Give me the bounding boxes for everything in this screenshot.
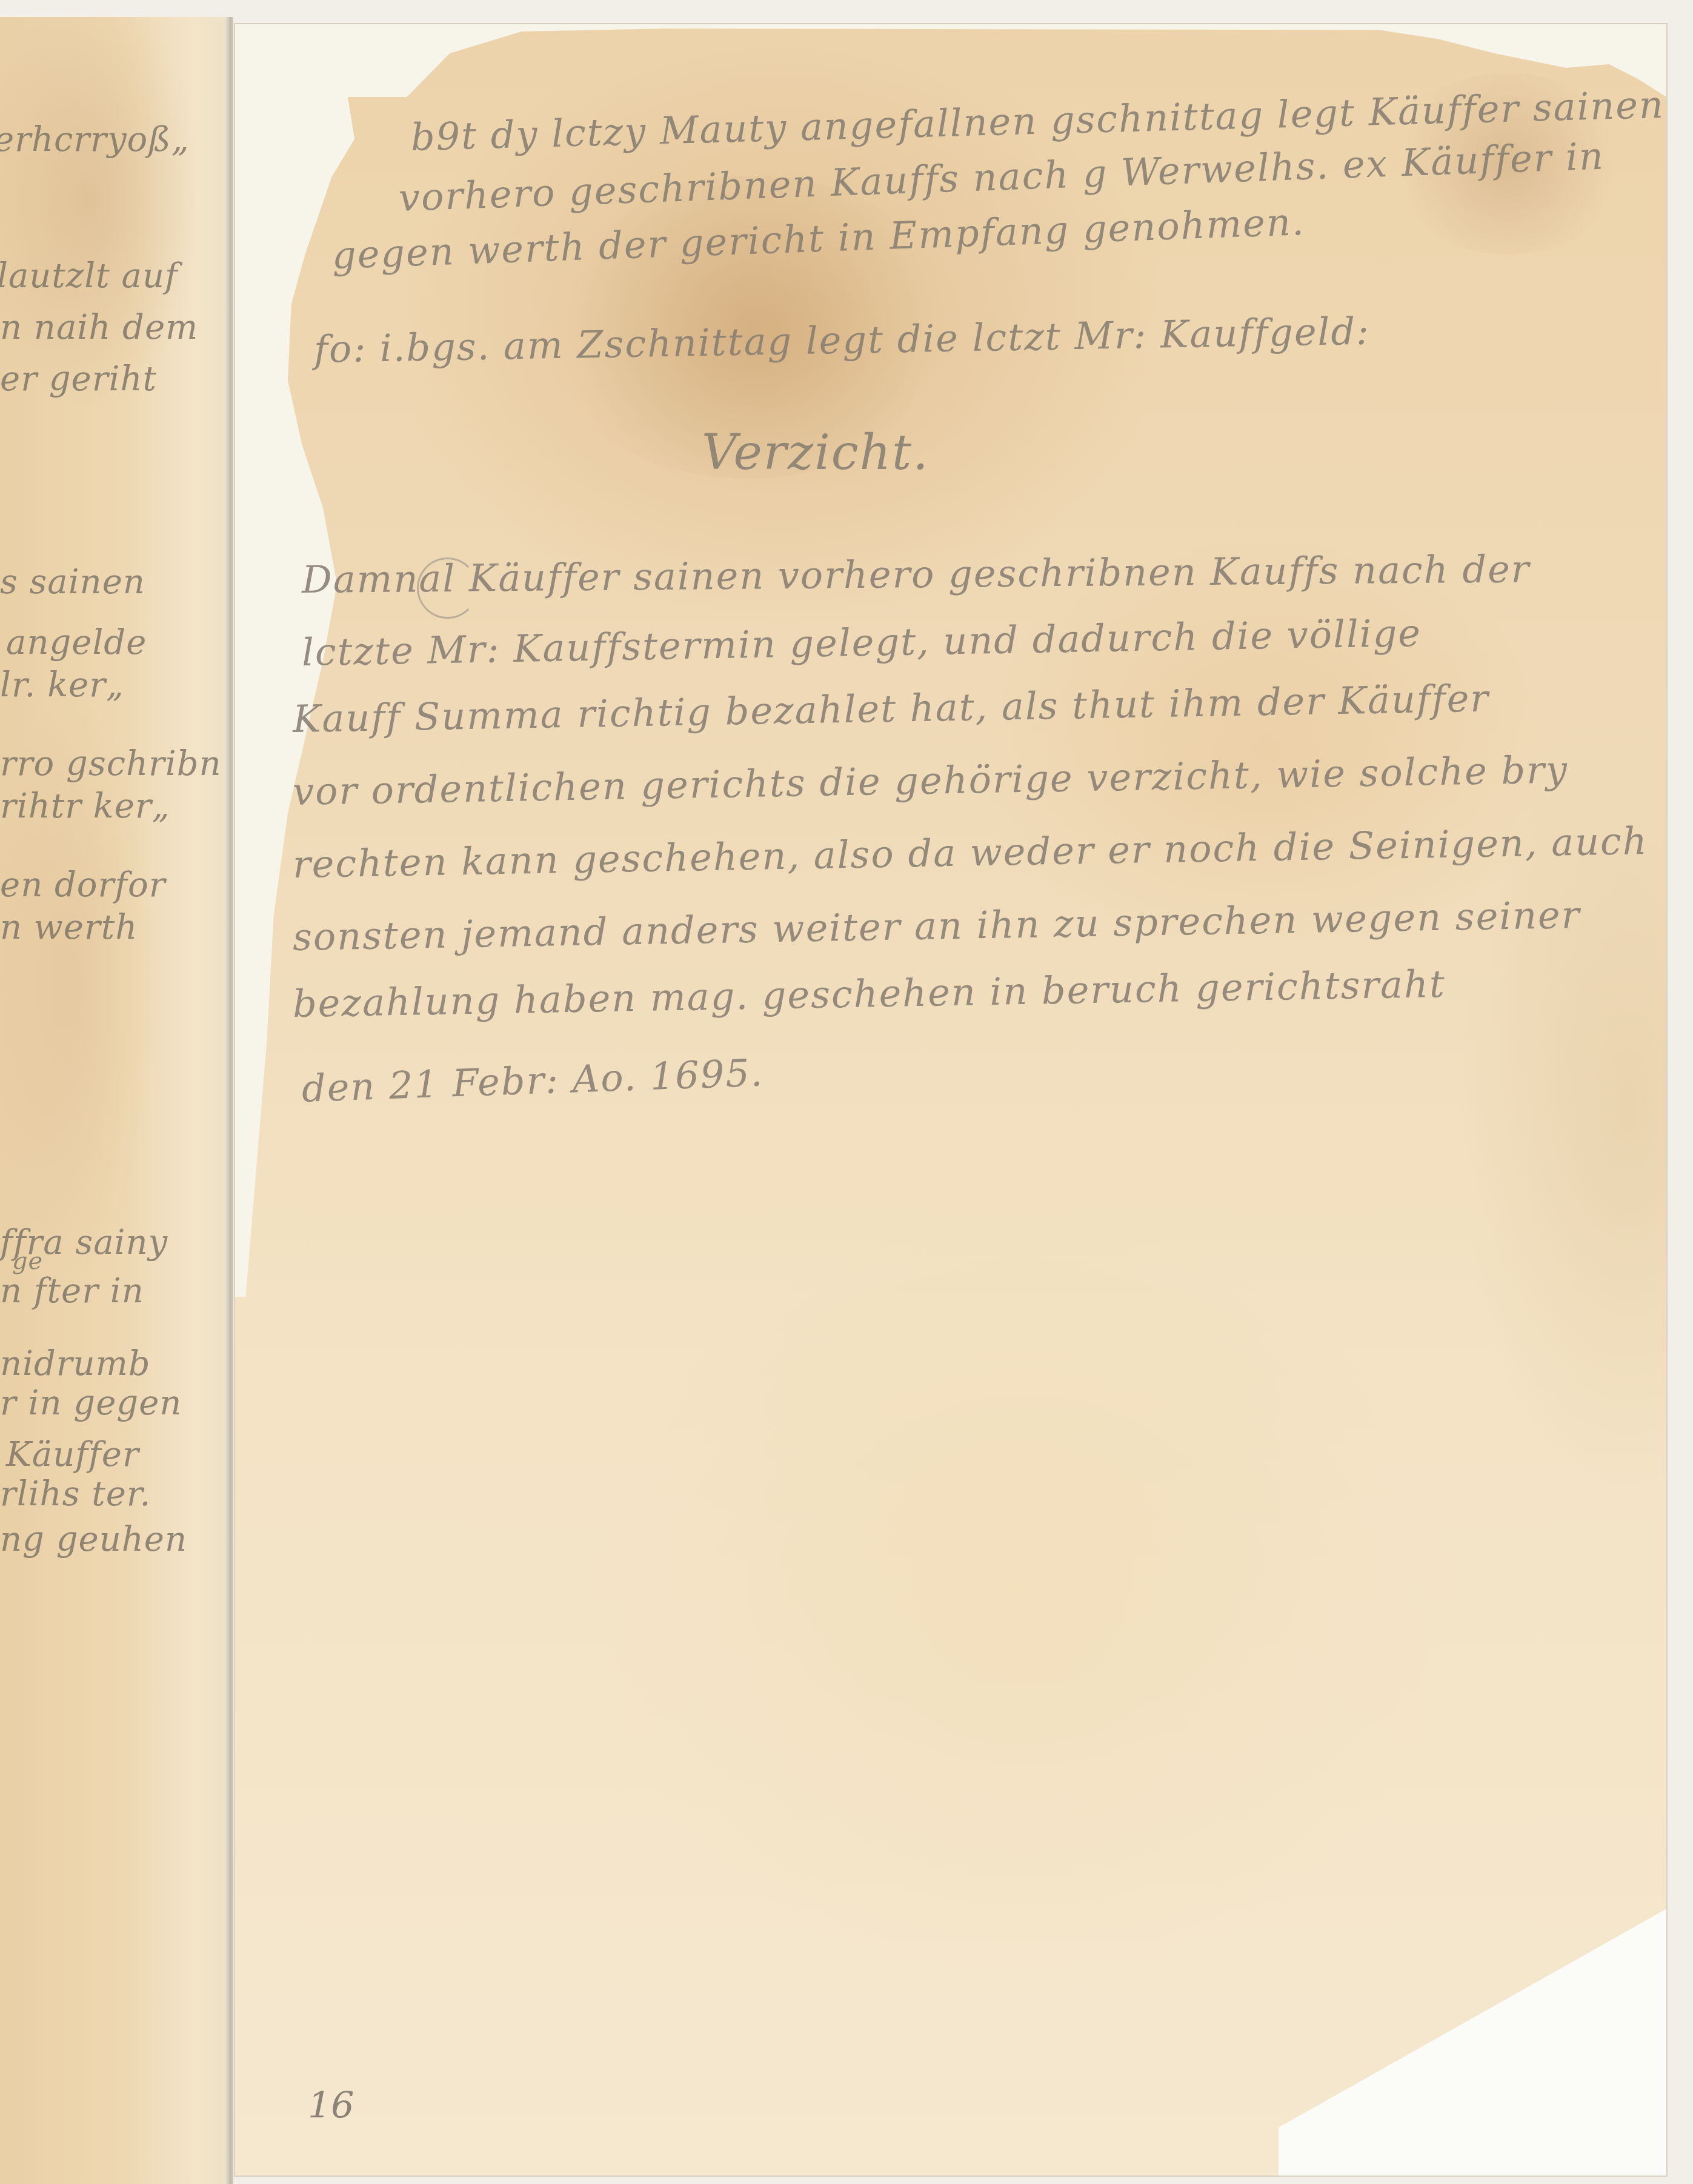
left-text-line: rihtr ker„ — [0, 787, 170, 826]
left-text-line: lautzlt auf — [0, 256, 178, 296]
left-text-line: ng geuhen — [0, 1520, 187, 1559]
section-heading: Verzicht. — [702, 424, 930, 481]
left-text-line: lr. ker„ — [0, 665, 124, 705]
adjacent-page-left: erhcrryoß„ lautzlt auf n naih dem er ger… — [0, 17, 233, 2184]
left-text-line: angelde — [6, 623, 147, 662]
text-line: fo: i.bgs. am Zschnittag legt die lctzt … — [313, 309, 1370, 371]
left-text-line: s sainen — [0, 562, 145, 602]
left-text-line: n fter in — [0, 1271, 144, 1311]
left-text-line: erhcrryoß„ — [0, 120, 190, 159]
left-text-line: n naih dem — [0, 308, 198, 347]
left-text-line: n werth — [0, 908, 138, 947]
text-line: bezahlung haben mag. geschehen in beruch… — [292, 962, 1446, 1026]
left-text-line: rlihs ter. — [0, 1474, 151, 1514]
text-line: sonsten jemand anders weiter an ihn zu s… — [292, 893, 1581, 959]
left-text-line: nidrumb — [0, 1344, 151, 1383]
left-text-line: r in gegen — [0, 1383, 182, 1423]
folio-number: 16 — [308, 2085, 354, 2127]
text-line: lctzte Mr: Kauffstermin gelegt, und dadu… — [301, 611, 1422, 674]
manuscript-page: b9t dy lctzy Mauty angefallnen gschnitta… — [235, 24, 1666, 2176]
text-line: rechten kann geschehen, also da weder er… — [292, 819, 1648, 887]
page-edge — [225, 17, 231, 2184]
date-line: den 21 Febr: Ao. 1695. — [301, 1050, 765, 1111]
left-text-line: rro gschribn — [0, 744, 222, 784]
left-text-line: en dorfor — [0, 865, 166, 905]
mounting-corner — [1279, 1909, 1666, 2176]
text-line: Kauff Summa richtig bezahlet hat, als th… — [292, 676, 1489, 741]
left-text-line: er geriht — [0, 359, 157, 399]
text-line: Damnal Käuffer sainen vorhero geschribne… — [302, 547, 1531, 602]
left-text-line: Käuffer — [6, 1435, 139, 1474]
text-line: vor ordentlichen gerichts die gehörige v… — [292, 747, 1568, 814]
